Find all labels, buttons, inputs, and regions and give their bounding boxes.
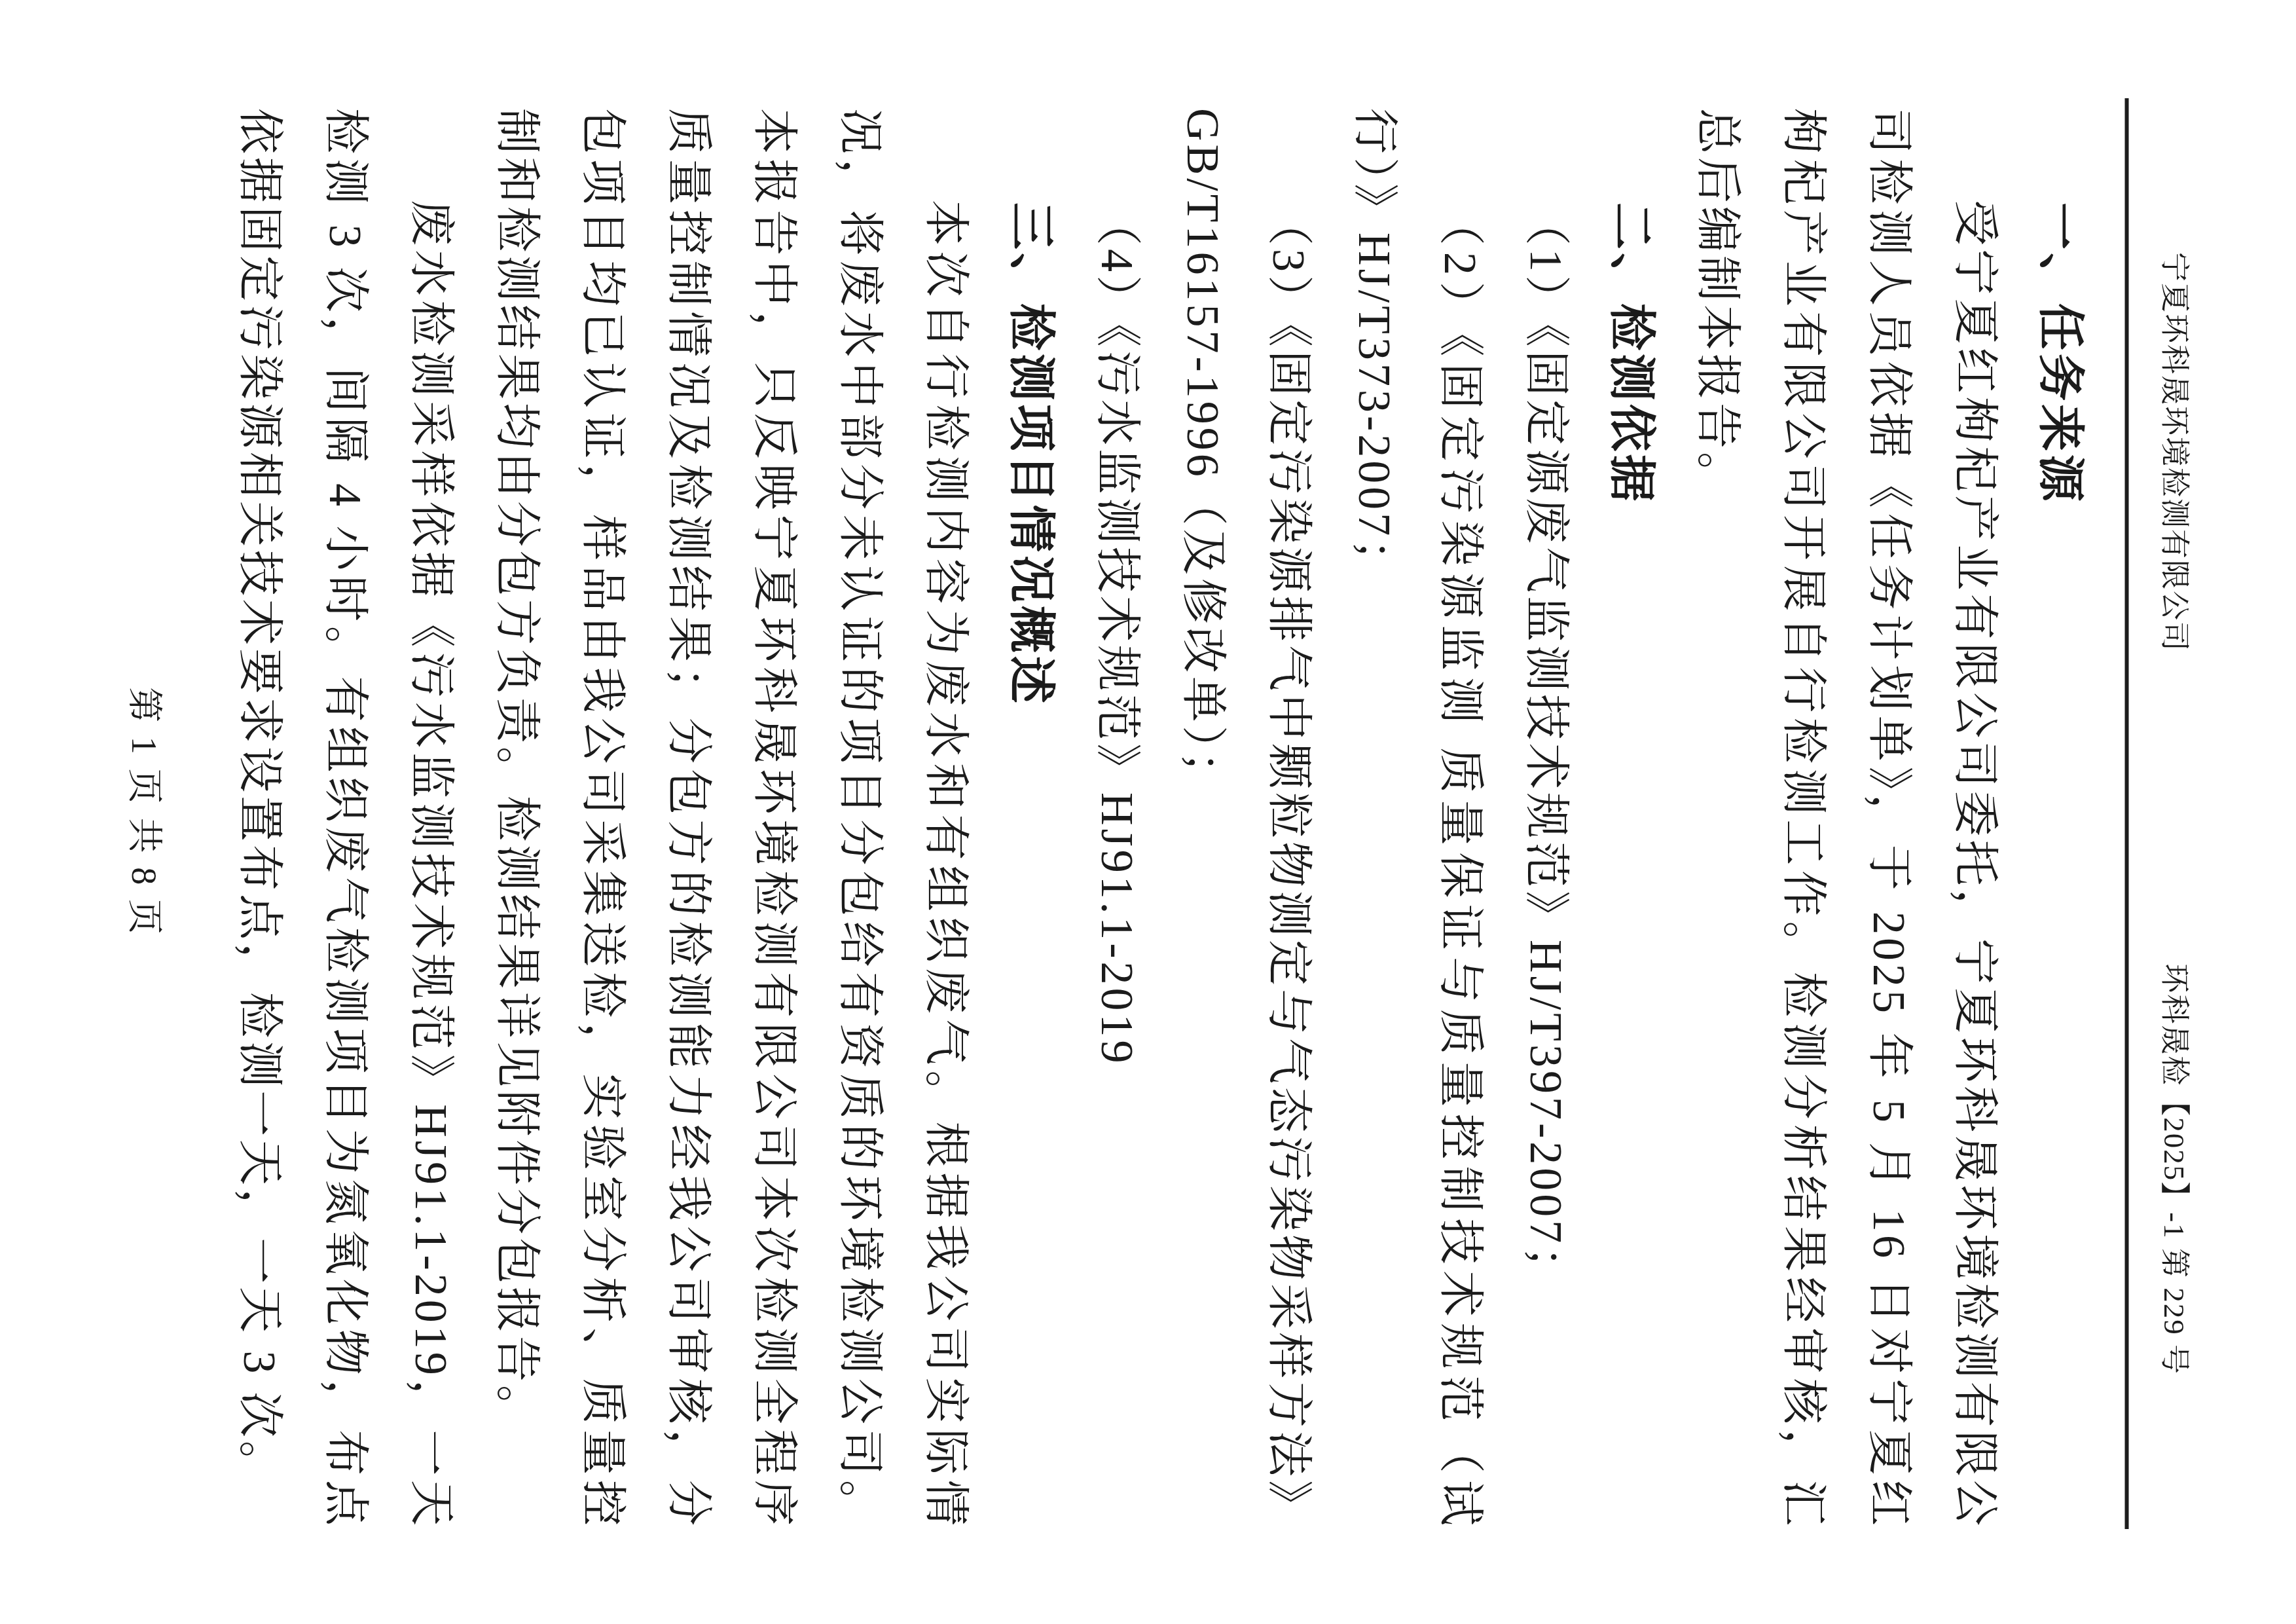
header-doc-number: 环科晟检【2025】-1 第 229 号 <box>2155 963 2198 1375</box>
header-company-name: 宁夏环科晟环境检测有限公司 <box>2155 252 2198 652</box>
scanned-report-canvas: 宁夏环科晟环境检测有限公司 环科晟检【2025】-1 第 229 号 一、任务来… <box>0 0 2296 1624</box>
reference-item-4: （4）《污水监测技术规范》HJ91.1-2019 <box>1073 108 1159 1529</box>
reference-item-1: （1）《固定源废气监测技术规范》HJ/T397-2007； <box>1502 108 1588 1529</box>
paragraph-sampling-scheme: 废水检测采样依据《污水监测技术规范》HJ91.1-2019，一天检测 3 次，间… <box>215 108 473 1529</box>
header-rule <box>2124 98 2128 1529</box>
reference-item-3: （3）《固定污染源排气中颗粒物测定与气态污染物采样方法》GB/T16157-19… <box>1159 108 1330 1529</box>
paragraph-task-source: 受宁夏红枸杞产业有限公司委托，宁夏环科晟环境检测有限公司检测人员依据《任务计划单… <box>1673 108 2016 1529</box>
section-heading-task-source: 一、任务来源 <box>2016 108 2102 1529</box>
page-header: 宁夏环科晟环境检测有限公司 环科晟检【2025】-1 第 229 号 <box>2155 98 2198 1529</box>
section-heading-project-overview: 三、检测项目情况概述 <box>987 108 1073 1529</box>
paragraph-project-overview: 本次自行检测内容为废水和有组织废气。根据我公司实际情况，将废水中部分未认证的项目… <box>473 108 987 1529</box>
section-heading-test-basis: 二、检测依据 <box>1588 108 1673 1529</box>
reference-item-2: （2）《固定污染源监测 质量保证与质量控制技术规范（试行）》HJ/T373-20… <box>1330 108 1502 1529</box>
report-body: 一、任务来源 受宁夏红枸杞产业有限公司委托，宁夏环科晟环境检测有限公司检测人员依… <box>215 108 2102 1529</box>
report-page: 宁夏环科晟环境检测有限公司 环科晟检【2025】-1 第 229 号 一、任务来… <box>0 0 2296 1624</box>
page-number-footer: 第 1 页 共 8 页 <box>121 0 172 1624</box>
